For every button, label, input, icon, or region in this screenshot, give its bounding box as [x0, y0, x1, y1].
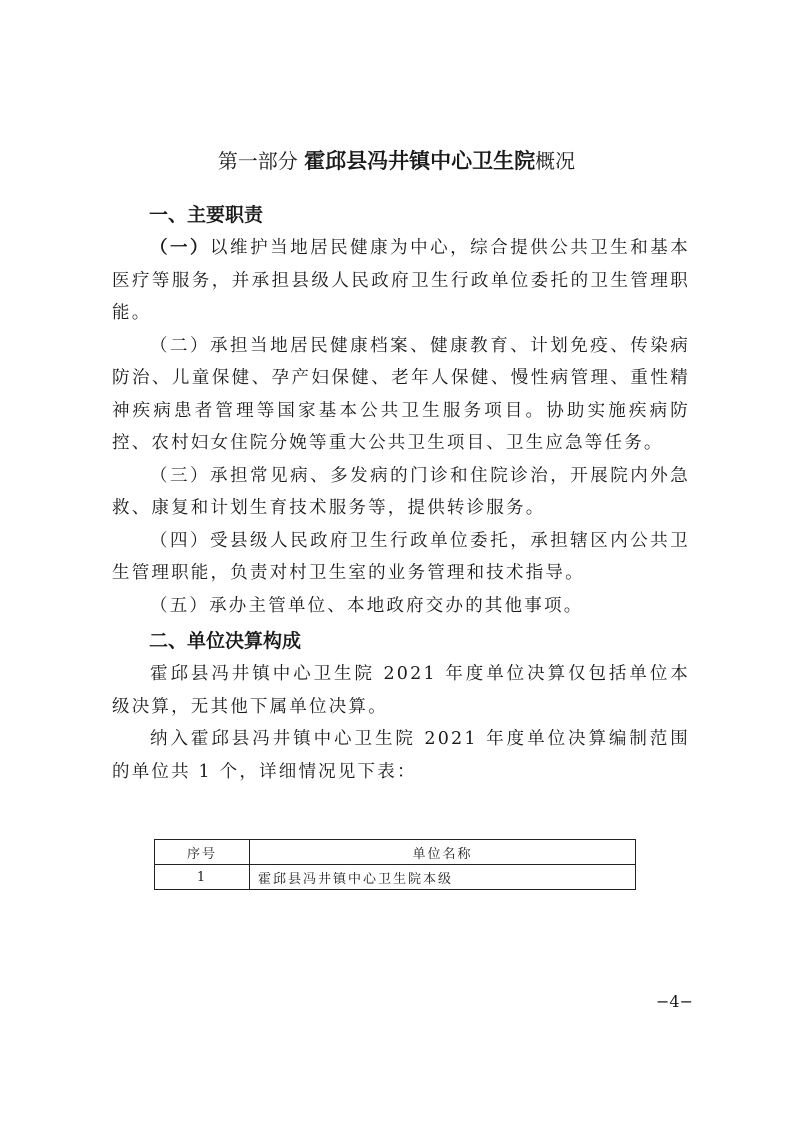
- section-heading-duties: 一、主要职责: [112, 198, 690, 232]
- title-prefix: 第一部分: [218, 149, 304, 173]
- title-org-name: 霍邱县冯井镇中心卫生院: [304, 149, 535, 173]
- cell-unit-name: 霍邱县冯井镇中心卫生院本级: [250, 865, 636, 890]
- duty-1-lead: （一）: [150, 238, 210, 258]
- title-suffix: 概况: [535, 149, 575, 173]
- duty-paragraph-3: （三）承担常见病、多发病的门诊和住院诊治，开展院内外急救、康复和计划生育技术服务…: [112, 460, 690, 525]
- document-body: 一、主要职责 （一）以维护当地居民健康为中心，综合提供公共卫生和基本医疗等服务，…: [112, 198, 690, 788]
- page-number: −4−: [656, 992, 693, 1011]
- duty-paragraph-5: （五）承办主管单位、本地政府交办的其他事项。: [112, 590, 690, 623]
- composition-paragraph-2: 纳入霍邱县冯井镇中心卫生院 2021 年度单位决算编制范围的单位共 1 个，详细…: [112, 723, 690, 788]
- header-unit-name: 单位名称: [250, 840, 636, 865]
- duty-paragraph-2: （二）承担当地居民健康档案、健康教育、计划免疫、传染病防治、儿童保健、孕产妇保健…: [112, 330, 690, 460]
- page-title: 第一部分 霍邱县冯井镇中心卫生院概况: [0, 146, 793, 176]
- table-header-row: 序号 单位名称: [155, 840, 636, 865]
- cell-index: 1: [155, 865, 250, 890]
- header-index: 序号: [155, 840, 250, 865]
- duty-paragraph-4: （四）受县级人民政府卫生行政单位委托，承担辖区内公共卫生管理职能，负责对村卫生室…: [112, 525, 690, 590]
- section-heading-composition: 二、单位决算构成: [112, 624, 690, 658]
- composition-paragraph-1: 霍邱县冯井镇中心卫生院 2021 年度单位决算仅包括单位本级决算，无其他下属单位…: [112, 658, 690, 723]
- table-row: 1 霍邱县冯井镇中心卫生院本级: [155, 865, 636, 890]
- duty-paragraph-1: （一）以维护当地居民健康为中心，综合提供公共卫生和基本医疗等服务，并承担县级人民…: [112, 232, 690, 330]
- unit-table: 序号 单位名称 1 霍邱县冯井镇中心卫生院本级: [154, 839, 636, 890]
